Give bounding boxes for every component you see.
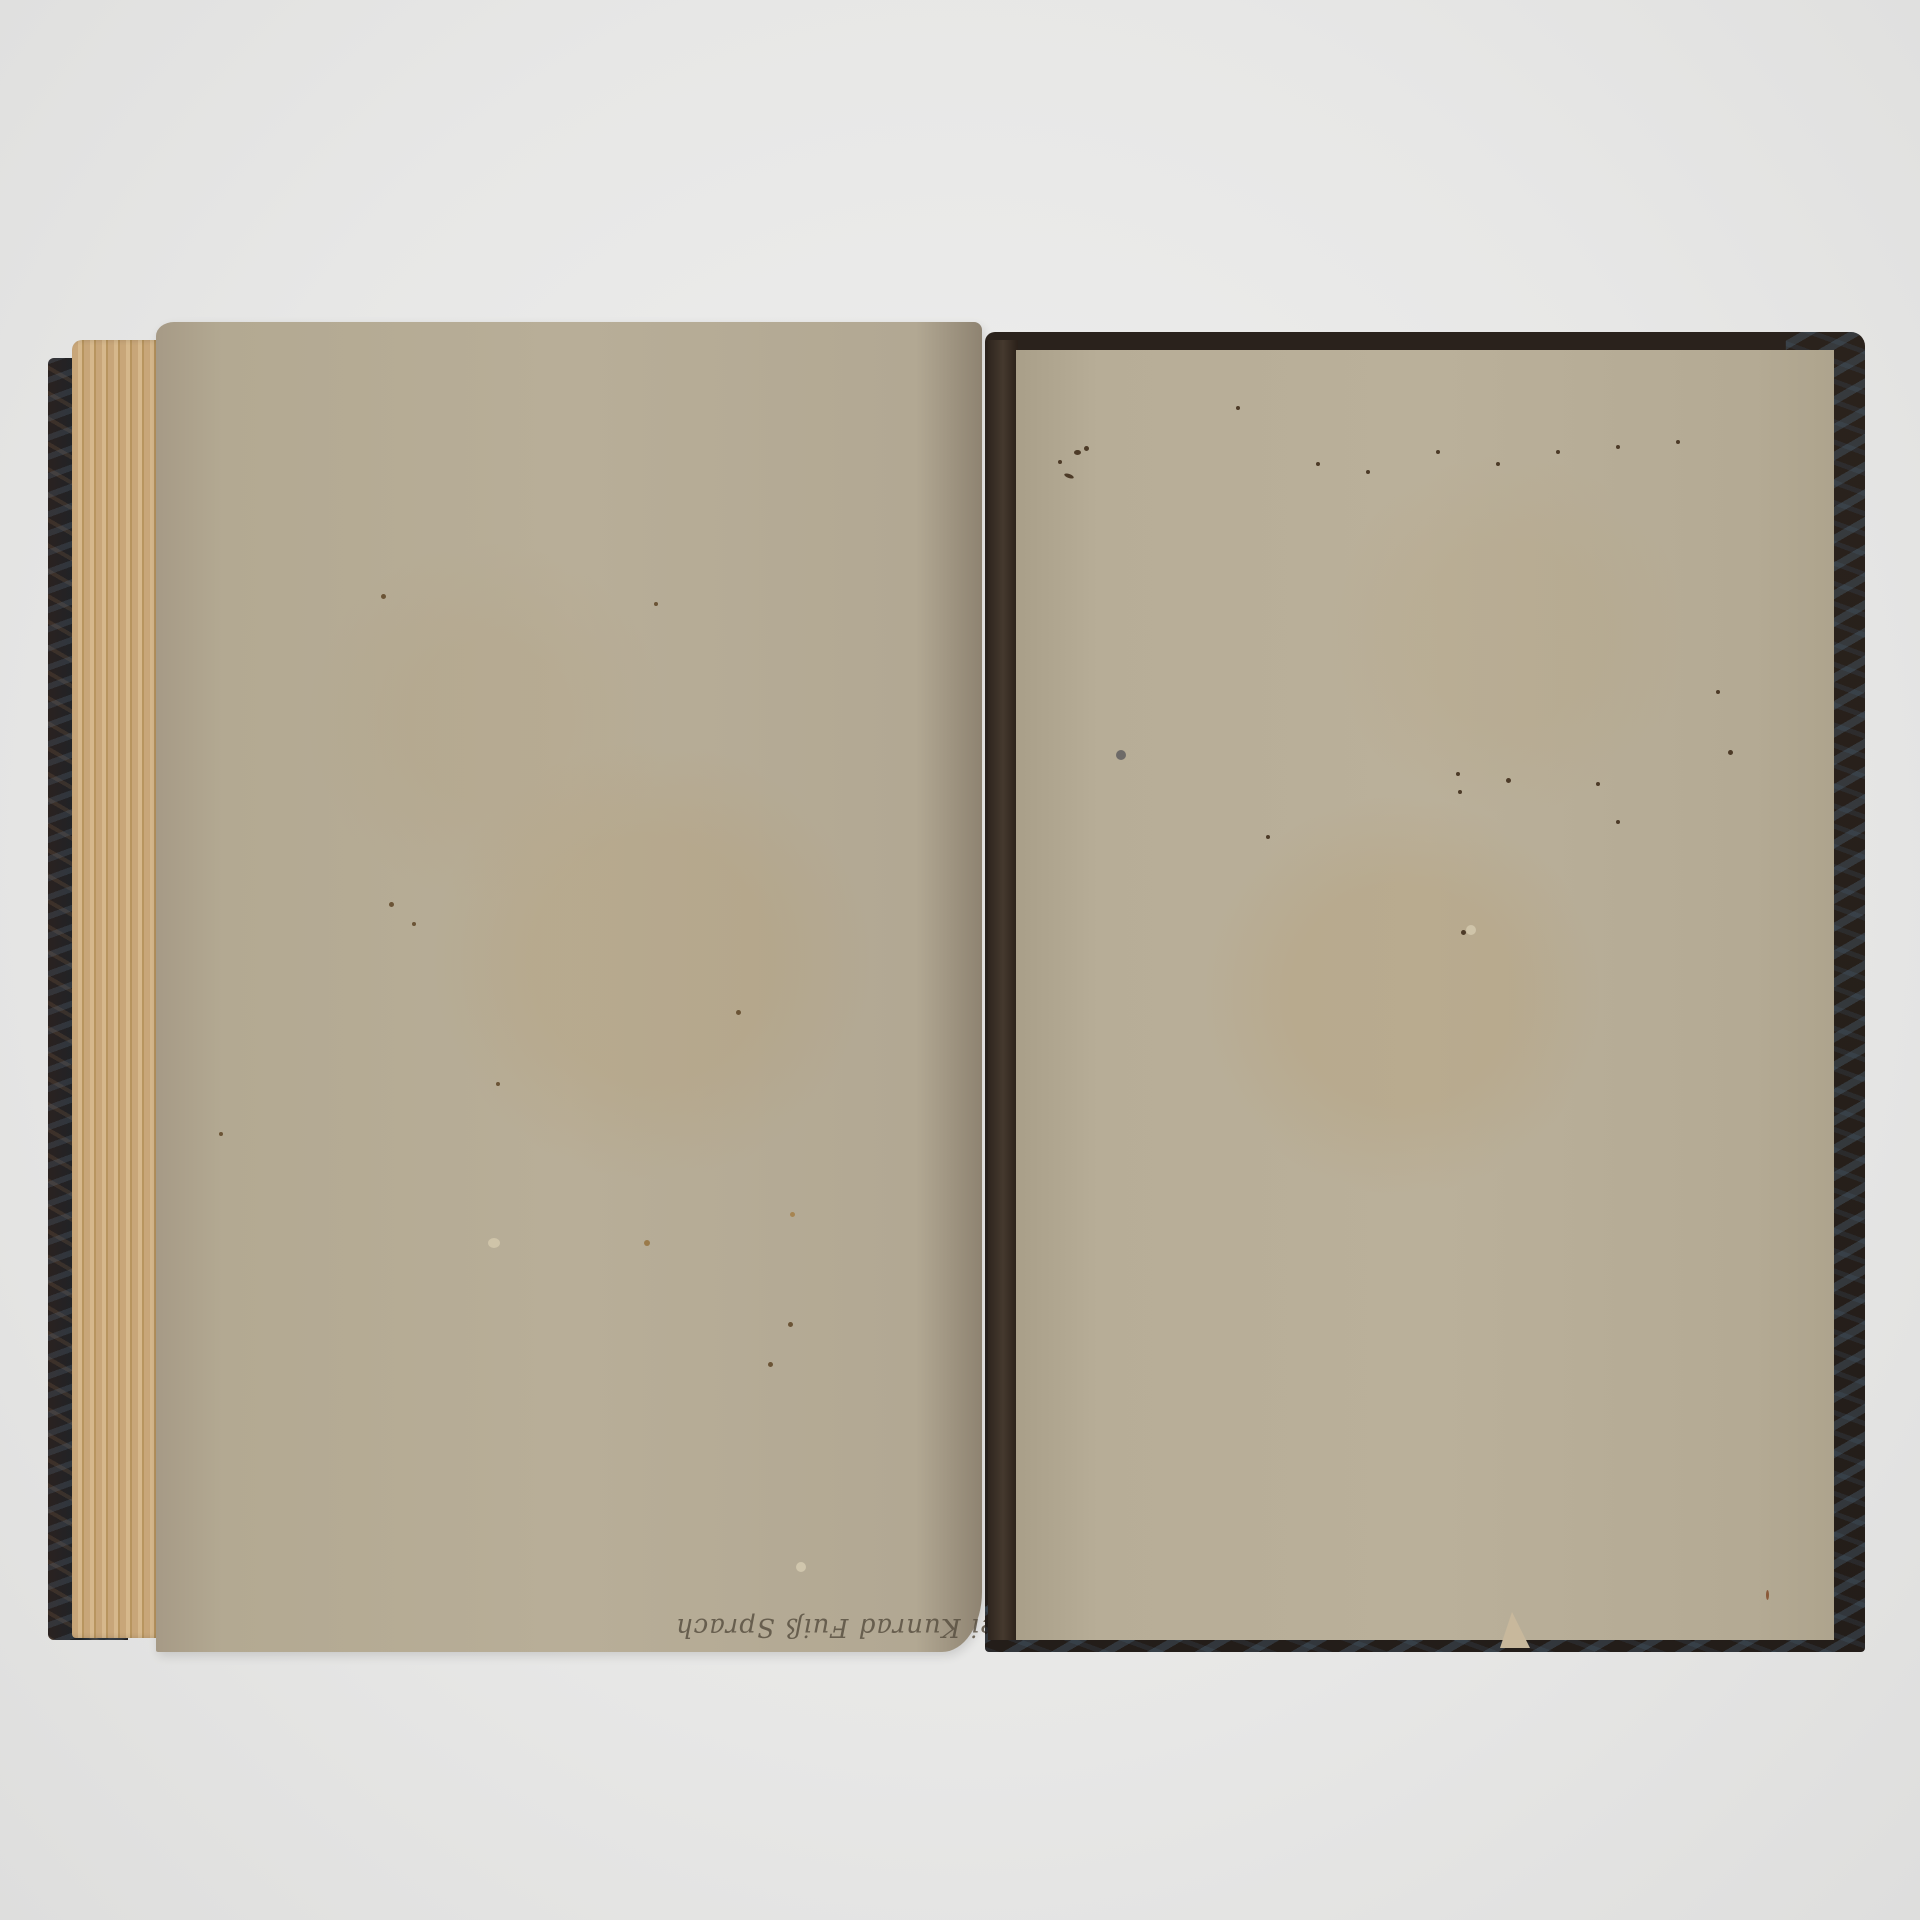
stain	[381, 594, 386, 599]
stain	[788, 1322, 793, 1327]
stain	[1456, 772, 1460, 776]
stain	[1316, 462, 1320, 466]
stain	[1616, 445, 1620, 449]
photo-scene: bei Kunrad Fuiß Sprach	[0, 0, 1920, 1920]
stain	[654, 602, 658, 606]
stain	[1466, 925, 1476, 935]
stain	[1496, 462, 1500, 466]
left-page	[156, 322, 982, 1652]
stain	[1716, 690, 1720, 694]
stain	[1436, 450, 1440, 454]
stain	[1058, 460, 1062, 464]
stain	[488, 1238, 500, 1248]
stain	[412, 922, 416, 926]
stain	[1116, 750, 1126, 760]
cloth-hinge	[988, 340, 1018, 1640]
stain	[768, 1362, 773, 1367]
stain	[389, 902, 394, 907]
stain	[1064, 472, 1075, 479]
stain	[219, 1132, 223, 1136]
stain	[1266, 835, 1270, 839]
stain	[1728, 750, 1733, 755]
stain	[496, 1082, 500, 1086]
stain	[1458, 790, 1462, 794]
stain	[790, 1212, 795, 1217]
stain	[1766, 1590, 1769, 1600]
stain	[796, 1562, 806, 1572]
stain	[1236, 406, 1240, 410]
handwritten-inscription: bei Kunrad Fuiß Sprach	[675, 1612, 1013, 1642]
stain	[1676, 440, 1680, 444]
stain	[1074, 450, 1081, 455]
right-endpaper	[1016, 350, 1834, 1640]
stain	[1084, 446, 1089, 451]
stain	[1366, 470, 1370, 474]
stain	[644, 1240, 650, 1246]
stain	[1596, 782, 1600, 786]
stain	[736, 1010, 741, 1015]
stain	[1506, 778, 1511, 783]
stain	[1616, 820, 1620, 824]
page-block-edges	[72, 340, 162, 1638]
stain	[1556, 450, 1560, 454]
